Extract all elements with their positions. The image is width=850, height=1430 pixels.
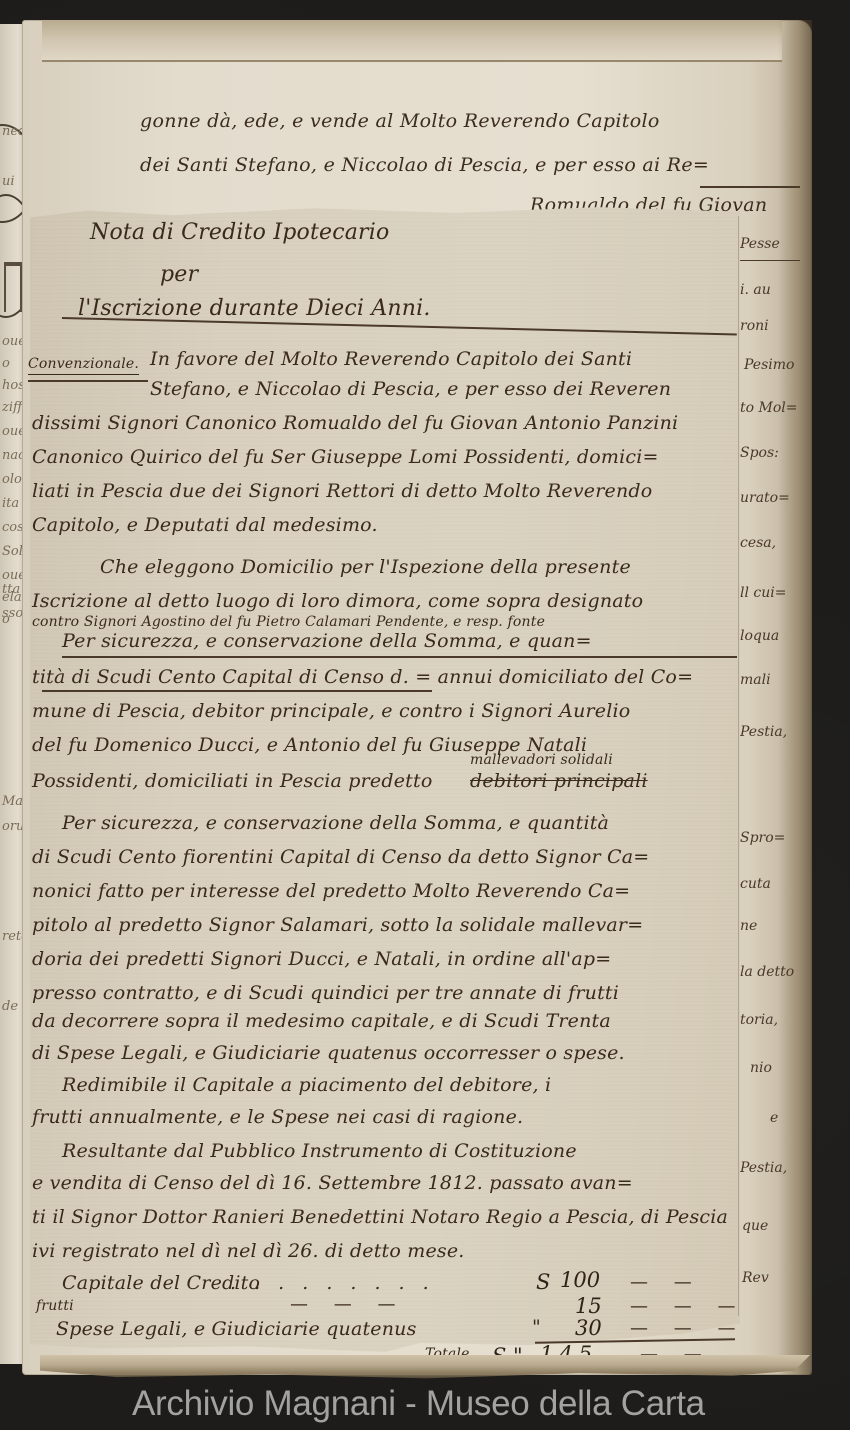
right-margin-fragment: Pesimo (744, 357, 794, 373)
paragraph-line: nonici fatto per interesse del predetto … (32, 880, 630, 902)
right-margin-fragment: to Mol= (740, 400, 797, 416)
paragraph-line: doria dei predetti Signori Ducci, e Nata… (32, 948, 611, 970)
ledger-trail: — — (630, 1272, 702, 1293)
right-margin-fragment: Pestia, (740, 1160, 787, 1176)
ledger-amount-capital: 100 (560, 1268, 600, 1292)
left-margin-fragment: ita (2, 496, 19, 511)
ledger-leader: — — — (290, 1294, 405, 1315)
left-margin-fragment: o (2, 356, 10, 371)
right-margin-fragment: Pesse (740, 236, 780, 252)
note-subtitle: l'Iscrizione durante Dieci Anni. (78, 296, 431, 321)
left-margin-fragment: de (2, 999, 18, 1014)
paragraph-line: Stefano, e Niccolao di Pescia, e per ess… (150, 378, 671, 400)
paragraph-line: Capitolo, e Deputati dal medesimo. (32, 514, 378, 536)
ledger-label-expenses: Spese Legali, e Giudiciarie quatenus (56, 1318, 417, 1340)
right-margin-fragment: mali (740, 672, 771, 688)
paragraph-line: Per sicurezza, e conservazione della Som… (62, 812, 609, 834)
paragraph-underline (62, 656, 737, 658)
ledger-label-fruits: frutti (36, 1298, 74, 1314)
paragraph-line: frutti annualmente, e le Spese nei casi … (32, 1106, 523, 1128)
ledger-trail: — — — (630, 1318, 745, 1339)
left-margin-fragment: cos (2, 520, 24, 535)
paragraph-line: liati in Pescia due dei Signori Rettori … (32, 480, 652, 502)
back-page-underline (700, 186, 800, 188)
right-margin-fragment: que (742, 1218, 768, 1234)
right-margin-fragment: Rev (742, 1270, 769, 1286)
right-margin-fragment: nio (750, 1060, 772, 1076)
left-margin-fragment: Sol (2, 544, 23, 559)
ledger-ditto-mark: " (532, 1316, 541, 1338)
right-margin-fragment: cesa, (740, 535, 776, 551)
margin-label-double-underline (28, 380, 148, 382)
paragraph-line: presso contratto, e di Scudi quindici pe… (32, 982, 619, 1004)
paragraph-line: tità di Scudi Cento Capital di Censo d. … (32, 666, 693, 688)
right-margin-fragment: e (770, 1110, 778, 1126)
paragraph-line: di Spese Legali, e Giudiciarie quatenus … (32, 1042, 625, 1064)
ledger-currency: S (536, 1270, 550, 1294)
back-page-line: dei Santi Stefano, e Niccolao di Pescia,… (140, 154, 709, 176)
right-margin-fragment: ne (740, 918, 757, 934)
back-page-line: gonne dà, ede, e vende al Molto Reverend… (140, 110, 660, 132)
left-margin-fragment: Ma (2, 794, 23, 809)
paragraph-line: da decorrere sopra il medesimo capitale,… (32, 1010, 611, 1032)
right-margin-fragment: cuta (740, 876, 771, 892)
paragraph-line: dissimi Signori Canonico Romualdo del fu… (32, 412, 678, 434)
right-margin-rule (738, 260, 800, 261)
paragraph-line: Resultante dal Pubblico Instrumento di C… (62, 1140, 577, 1162)
paragraph-line: Redimibile il Capitale a piacimento del … (62, 1074, 551, 1096)
slip-fold-line (738, 216, 739, 1316)
ledger-leader: . . . . . . . . . (230, 1272, 435, 1294)
ledger-amount-fruits: 15 (575, 1294, 602, 1318)
left-margin-fragment: tta (2, 582, 20, 597)
paragraph-line: pitolo al predetto Signor Salamari, sott… (32, 914, 643, 936)
paragraph-underline (42, 690, 432, 692)
ledger-amount-expenses: 30 (575, 1316, 602, 1340)
seal-pillar-icon (4, 262, 22, 312)
inserted-correction: mallevadori solidali (470, 752, 613, 768)
right-margin-fragment: i. au (740, 282, 771, 298)
note-title: Nota di Credito Ipotecario (90, 220, 389, 245)
right-margin-fragment: la detto (740, 964, 794, 980)
right-margin-fragment: loqua (740, 628, 779, 644)
paragraph-line: In favore del Molto Reverendo Capitolo d… (150, 348, 632, 370)
note-title-per: per (160, 262, 198, 287)
margin-label-convenzionale: Convenzionale. (28, 356, 139, 375)
left-margin-fragment: ui (2, 174, 15, 189)
paragraph-line: contro Signori Agostino del fu Pietro Ca… (32, 614, 545, 630)
paragraph-line: Possidenti, domiciliati in Pescia predet… (32, 770, 432, 792)
right-margin-fragment: Spos: (740, 445, 779, 461)
right-margin-fragment: Pestia, (740, 724, 787, 740)
archive-watermark: Archivio Magnani - Museo della Carta (132, 1384, 842, 1424)
paragraph-line: di Scudi Cento fiorentini Capital di Cen… (32, 846, 649, 868)
paragraph-line: e vendita di Censo del dì 16. Settembre … (32, 1172, 633, 1194)
right-margin-fragment: urato= (740, 490, 790, 506)
paragraph-line: Per sicurezza, e conservazione della Som… (62, 630, 592, 652)
paragraph-line: Che eleggono Domicilio per l'Ispezione d… (100, 556, 631, 578)
right-margin-fragment: Spro= (740, 830, 785, 846)
paragraph-line: Canonico Quirico del fu Ser Giuseppe Lom… (32, 446, 659, 468)
paragraph-line: Iscrizione al detto luogo di loro dimora… (32, 590, 643, 612)
right-margin-fragment: ll cui= (740, 585, 786, 601)
paragraph-line: ti il Signor Dottor Ranieri Benedettini … (32, 1206, 728, 1228)
paragraph-line: ivi registrato nel dì nel dì 26. di dett… (32, 1240, 465, 1262)
right-margin-fragment: roni (740, 318, 769, 334)
left-margin-fragment: olo (2, 472, 22, 487)
struck-text: debitori principali (470, 770, 648, 792)
right-margin-fragment: toria, (740, 1012, 778, 1028)
paragraph-line: mune di Pescia, debitor principale, e co… (32, 700, 630, 722)
ledger-trail: — — — (630, 1296, 745, 1317)
